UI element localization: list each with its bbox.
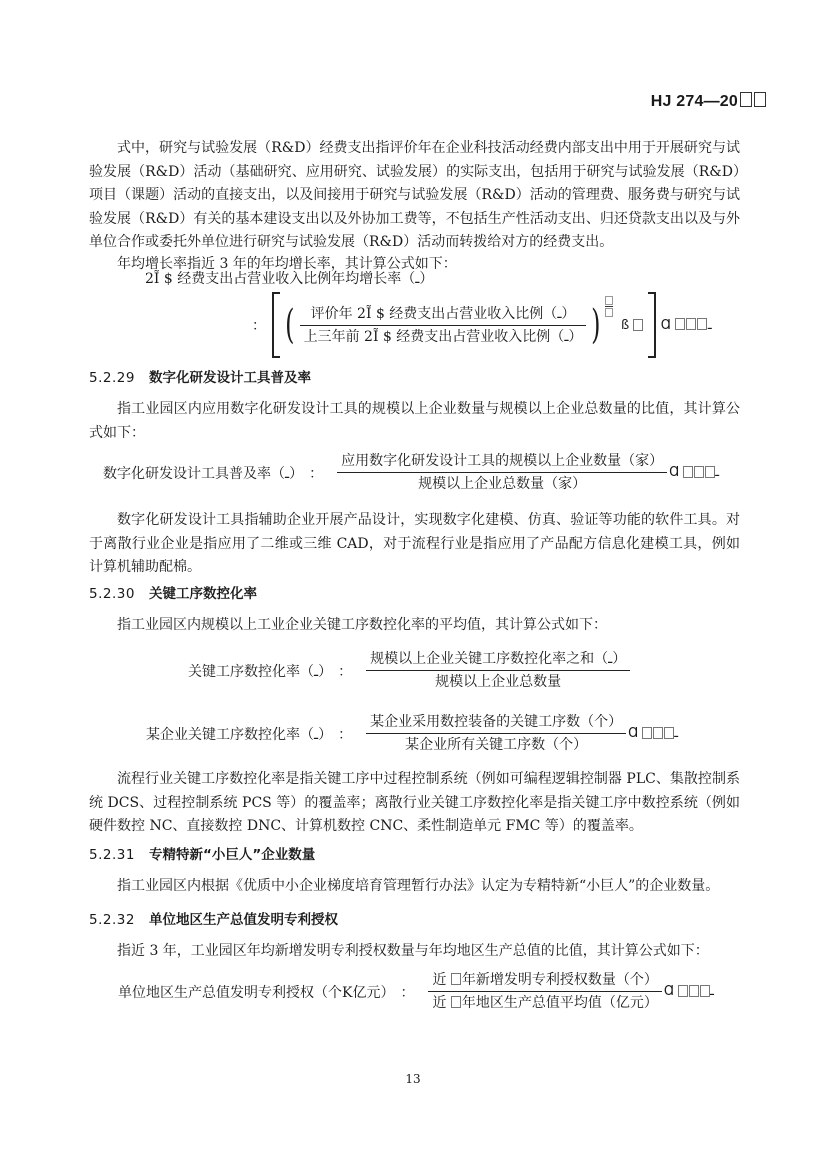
minus-sign: ß xyxy=(621,318,629,333)
times-sign: Ɑ xyxy=(669,465,679,480)
document-code: HJ 274—20 xyxy=(651,92,766,111)
formula-lhs-text: 单位地区生产总值发明专利授权（个K亿元） xyxy=(118,982,394,1002)
equals-sign: ： xyxy=(400,982,414,1002)
growth-formula-lhs: 2Ĩ $ 经费支出占营业收入比例年均增长率（ـ） xyxy=(145,268,433,288)
right-paren-icon: ) xyxy=(592,305,601,345)
formula-lhs-text: 2Ĩ $ 经费支出占营业收入比例年均增长率（ـ） xyxy=(145,268,433,288)
fraction-numerator: 近 年新增发明专利授权数量（个） xyxy=(428,969,661,991)
times-sign: Ɑ xyxy=(628,726,638,741)
fraction: 近 年新增发明专利授权数量（个） 近 年地区生产总值平均值（亿元） xyxy=(428,969,661,1014)
document-code-text: HJ 274—20 xyxy=(651,93,738,110)
fraction: 应用数字化研发设计工具的规模以上企业数量（家） 规模以上企业总数量（家） xyxy=(337,450,667,495)
nc-rate-formula: 关键工序数控化率（ـ） ： 规模以上企业关键工序数控化率之和（ـ） 规模以上企业… xyxy=(188,648,632,693)
section-number: 5.2.30 xyxy=(89,586,135,602)
growth-fraction: 评价年 2Ĩ $ 经费支出占营业收入比例（ـ） 上三年前 2Ĩ $ 经费支出占营… xyxy=(300,303,587,348)
enterprise-nc-rate-formula: 某企业关键工序数控化率（ـ） ： 某企业采用数控装备的关键工序数（个） 某企业所… xyxy=(146,711,678,756)
times-sign: Ɑ xyxy=(664,984,674,999)
fraction: 某企业采用数控装备的关键工序数（个） 某企业所有关键工序数（个） xyxy=(366,711,626,756)
exponent-fraction xyxy=(605,296,613,317)
fraction-denominator: 某企业所有关键工序数（个） xyxy=(401,734,591,756)
equals-sign: ： xyxy=(338,724,352,744)
section-intro: 指工业园区内根据《优质中小企业梯度培育管理暂行办法》认定为专精特新“小巨人”的企… xyxy=(89,875,740,899)
section-heading-5-2-30: 5.2.30关键工序数控化率 xyxy=(89,584,257,604)
fraction: 规模以上企业关键工序数控化率之和（ـ） 规模以上企业总数量 xyxy=(366,648,630,693)
section-note: 流程行业关键工序数控化率是指关键工序中过程控制系统（例如可编程逻辑控制器 PLC… xyxy=(89,768,740,839)
left-bracket-icon xyxy=(272,292,280,358)
times-sign: Ɑ xyxy=(661,318,671,333)
equals-sign: ： xyxy=(338,661,352,681)
equals-sign: ： xyxy=(252,315,266,335)
fraction-denominator: 规模以上企业总数量（家） xyxy=(414,473,590,495)
section-title: 数字化研发设计工具普及率 xyxy=(149,370,311,386)
formula-lhs-text: 数字化研发设计工具普及率（ـ） xyxy=(103,463,303,483)
left-paren-icon: ( xyxy=(285,305,294,345)
fraction-numerator: 规模以上企业关键工序数控化率之和（ـ） xyxy=(366,648,630,670)
placeholder-box xyxy=(740,92,752,107)
patent-formula: 单位地区生产总值发明专利授权（个K亿元） ： 近 年新增发明专利授权数量（个） … xyxy=(118,969,714,1014)
rd-definition-paragraph: 式中，研究与试验发展（R&D）经费支出指评价年在企业科技活动经费内部支出中用于开… xyxy=(89,137,740,255)
section-title: 关键工序数控化率 xyxy=(149,586,257,602)
fraction-denominator: 上三年前 2Ĩ $ 经费支出占营业收入比例（ـ） xyxy=(300,326,587,348)
fraction-numerator: 评价年 2Ĩ $ 经费支出占营业收入比例（ـ） xyxy=(307,303,580,325)
digital-tool-formula: 数字化研发设计工具普及率（ـ） ： 应用数字化研发设计工具的规模以上企业数量（家… xyxy=(103,450,719,495)
placeholder-box xyxy=(633,319,643,331)
section-number: 5.2.29 xyxy=(89,370,135,386)
fraction-denominator: 近 年地区生产总值平均值（亿元） xyxy=(428,992,661,1014)
section-heading-5-2-31: 5.2.31专精特新“小巨人”企业数量 xyxy=(89,845,315,865)
section-intro: 指工业园区内应用数字化研发设计工具的规模以上企业数量与规模以上企业总数量的比值，… xyxy=(89,398,740,445)
page-number: 13 xyxy=(0,1072,826,1086)
right-bracket-icon xyxy=(648,292,656,358)
section-heading-5-2-32: 5.2.32单位地区生产总值发明专利授权 xyxy=(89,910,338,930)
equals-sign: ： xyxy=(309,463,323,483)
section-intro: 指近 3 年，工业园区年均新增发明专利授权数量与年均地区生产总值的比值，其计算公… xyxy=(89,940,740,964)
growth-formula: ： ( 评价年 2Ĩ $ 经费支出占营业收入比例（ـ） 上三年前 2Ĩ $ 经费… xyxy=(252,292,712,358)
section-heading-5-2-29: 5.2.29数字化研发设计工具普及率 xyxy=(89,368,311,388)
placeholder-box xyxy=(754,92,766,107)
formula-lhs-text: 关键工序数控化率（ـ） xyxy=(188,661,332,681)
section-intro: 指工业园区内规模以上工业企业关键工序数控化率的平均值，其计算公式如下： xyxy=(89,614,740,638)
section-title: 单位地区生产总值发明专利授权 xyxy=(149,912,338,928)
section-note: 数字化研发设计工具指辅助企业开展产品设计，实现数字化建模、仿真、验证等功能的软件… xyxy=(89,509,740,580)
fraction-denominator: 规模以上企业总数量 xyxy=(431,671,565,693)
section-number: 5.2.32 xyxy=(89,912,135,928)
section-number: 5.2.31 xyxy=(89,847,135,863)
formula-lhs-text: 某企业关键工序数控化率（ـ） xyxy=(146,724,332,744)
section-title: 专精特新“小巨人”企业数量 xyxy=(149,847,315,863)
fraction-numerator: 某企业采用数控装备的关键工序数（个） xyxy=(366,711,626,733)
fraction-numerator: 应用数字化研发设计工具的规模以上企业数量（家） xyxy=(337,450,667,472)
